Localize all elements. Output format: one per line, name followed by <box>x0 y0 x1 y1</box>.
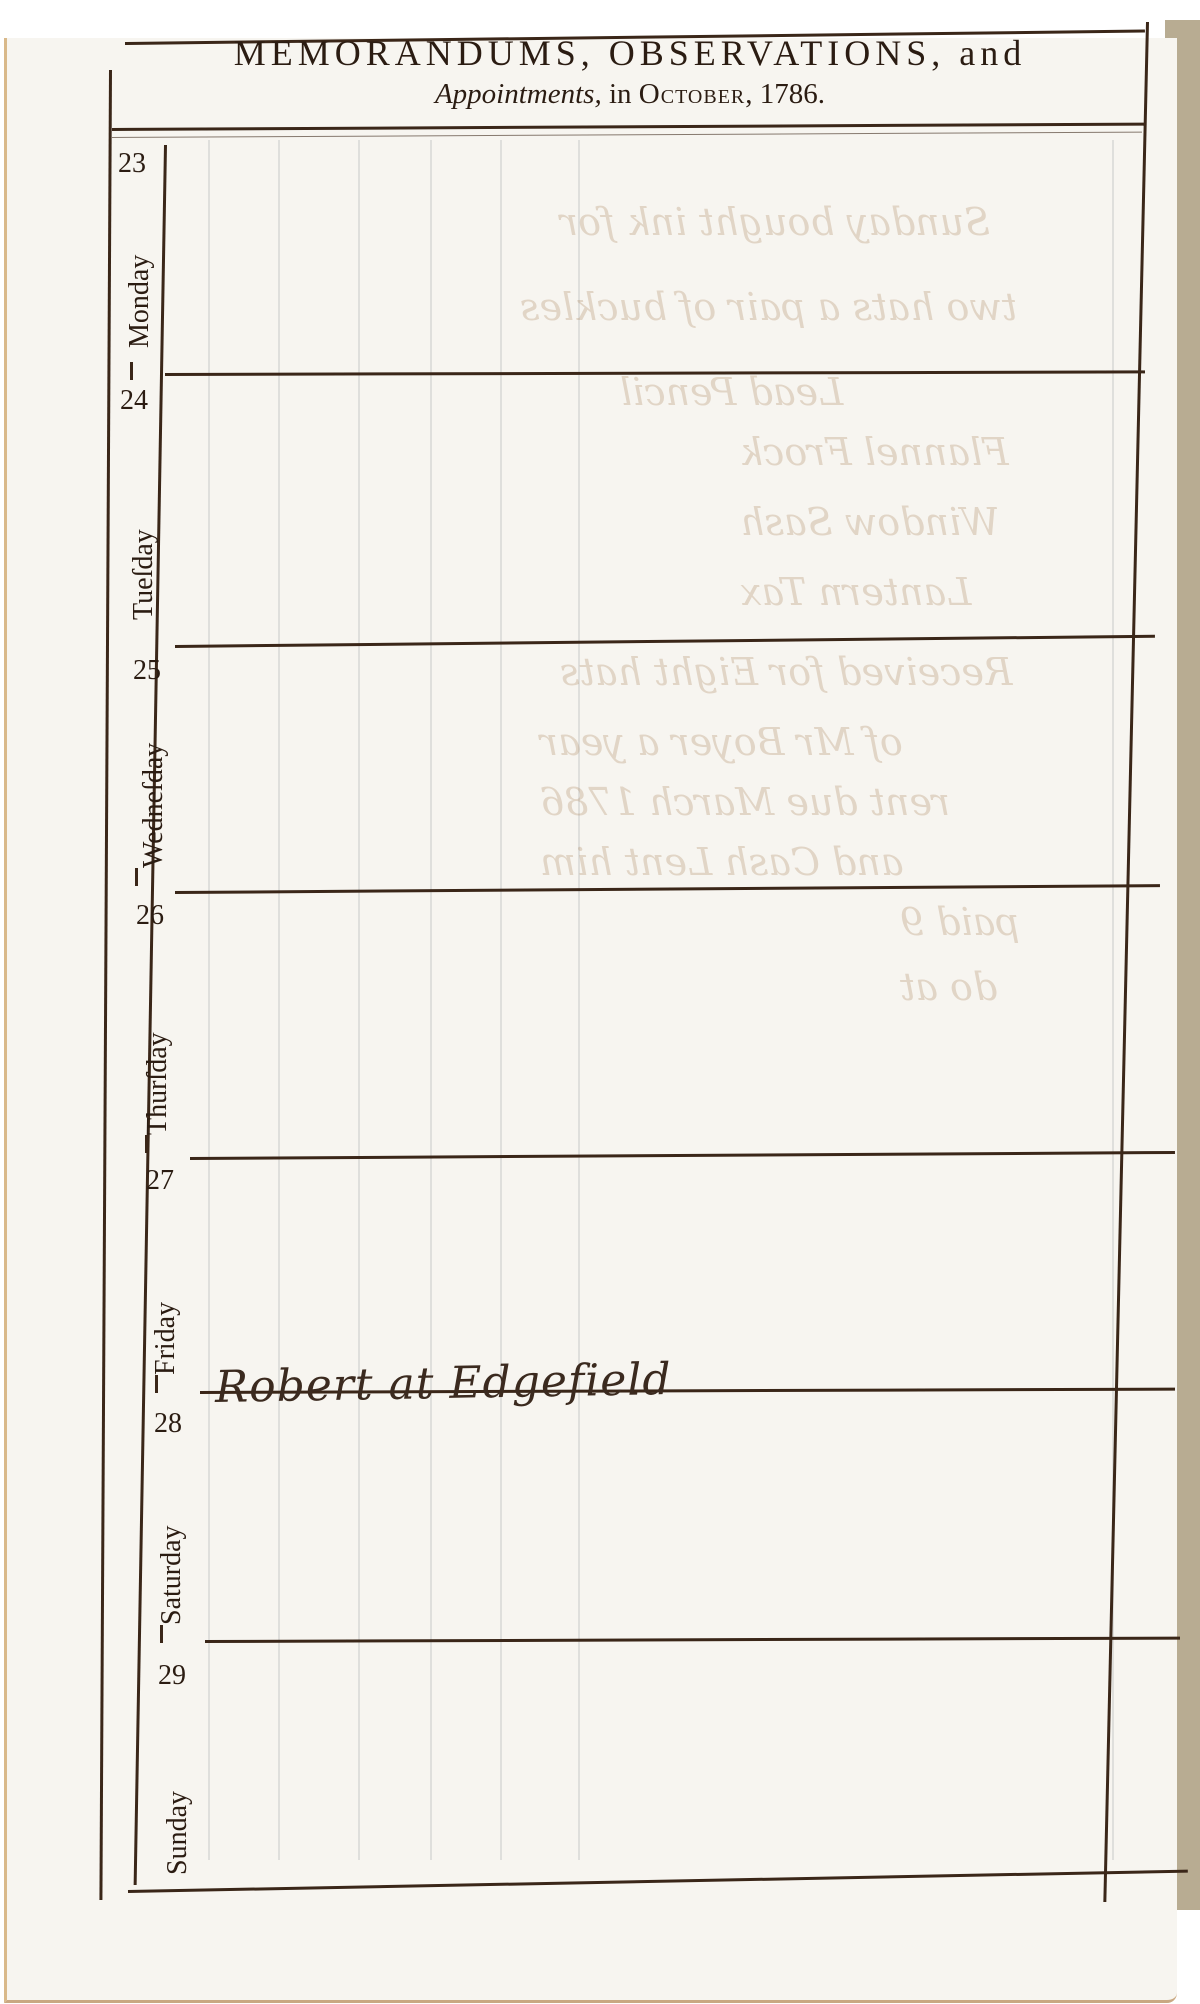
day-date: 29 <box>158 1660 186 1692</box>
handwritten-entry: Robert at Edgefield <box>215 1354 672 1413</box>
subtitle-year: , 1786. <box>745 78 825 110</box>
weekday-label: Tueſday <box>128 529 160 620</box>
show-through-text: Sunday bought ink for <box>560 200 990 244</box>
show-through-text: do at <box>900 965 997 1009</box>
weekday-label: Monday <box>124 255 156 348</box>
weekday-label: Wedneſday <box>138 743 170 868</box>
ghost-column-line <box>578 140 580 1860</box>
show-through-text: Lantern Tax <box>740 570 971 614</box>
day-tick <box>130 362 133 380</box>
day-tick <box>160 1625 163 1643</box>
show-through-text: paid 9 <box>900 900 1020 944</box>
show-through-text: Flannel Frock <box>740 430 1009 474</box>
ghost-column-line <box>208 140 210 1860</box>
show-through-text: Received for Eight hats <box>560 650 1013 694</box>
ghost-column-line <box>430 140 432 1860</box>
show-through-text: Window Sash <box>740 500 1000 544</box>
day-tick <box>155 1375 158 1393</box>
weekday-label: Saturday <box>156 1525 188 1625</box>
day-date: 24 <box>120 385 148 417</box>
show-through-text: Lead Pencil <box>620 370 843 414</box>
show-through-text: and Cash Lent him <box>540 840 904 884</box>
weekday-label: Friday <box>150 1302 182 1375</box>
subtitle-in: in <box>602 78 639 110</box>
show-through-text: rent due March 1786 <box>540 780 950 824</box>
day-date: 26 <box>136 900 164 932</box>
ghost-column-line <box>358 140 360 1860</box>
ghost-column-line <box>500 140 502 1860</box>
day-date: 28 <box>154 1408 182 1440</box>
show-through-text: of Mr Boyer a year <box>540 720 903 764</box>
page-subtitle: Appointments, in October, 1786. <box>130 78 1130 111</box>
page-title: MEMORANDUMS, OBSERVATIONS, and <box>130 32 1130 74</box>
weekday-label: Sunday <box>162 1791 194 1875</box>
show-through-text: two hats a pair of buckles <box>520 285 1017 329</box>
day-date: 25 <box>133 655 161 687</box>
day-tick <box>145 1135 148 1153</box>
ghost-column-line <box>278 140 280 1860</box>
day-date: 27 <box>146 1165 174 1197</box>
subtitle-appointments: Appointments, <box>435 78 602 110</box>
day-tick <box>135 868 138 886</box>
day-date: 23 <box>118 148 146 180</box>
subtitle-month: October <box>639 78 745 110</box>
diary-page <box>4 38 1177 2003</box>
weekday-label: Thurſday <box>142 1032 174 1135</box>
